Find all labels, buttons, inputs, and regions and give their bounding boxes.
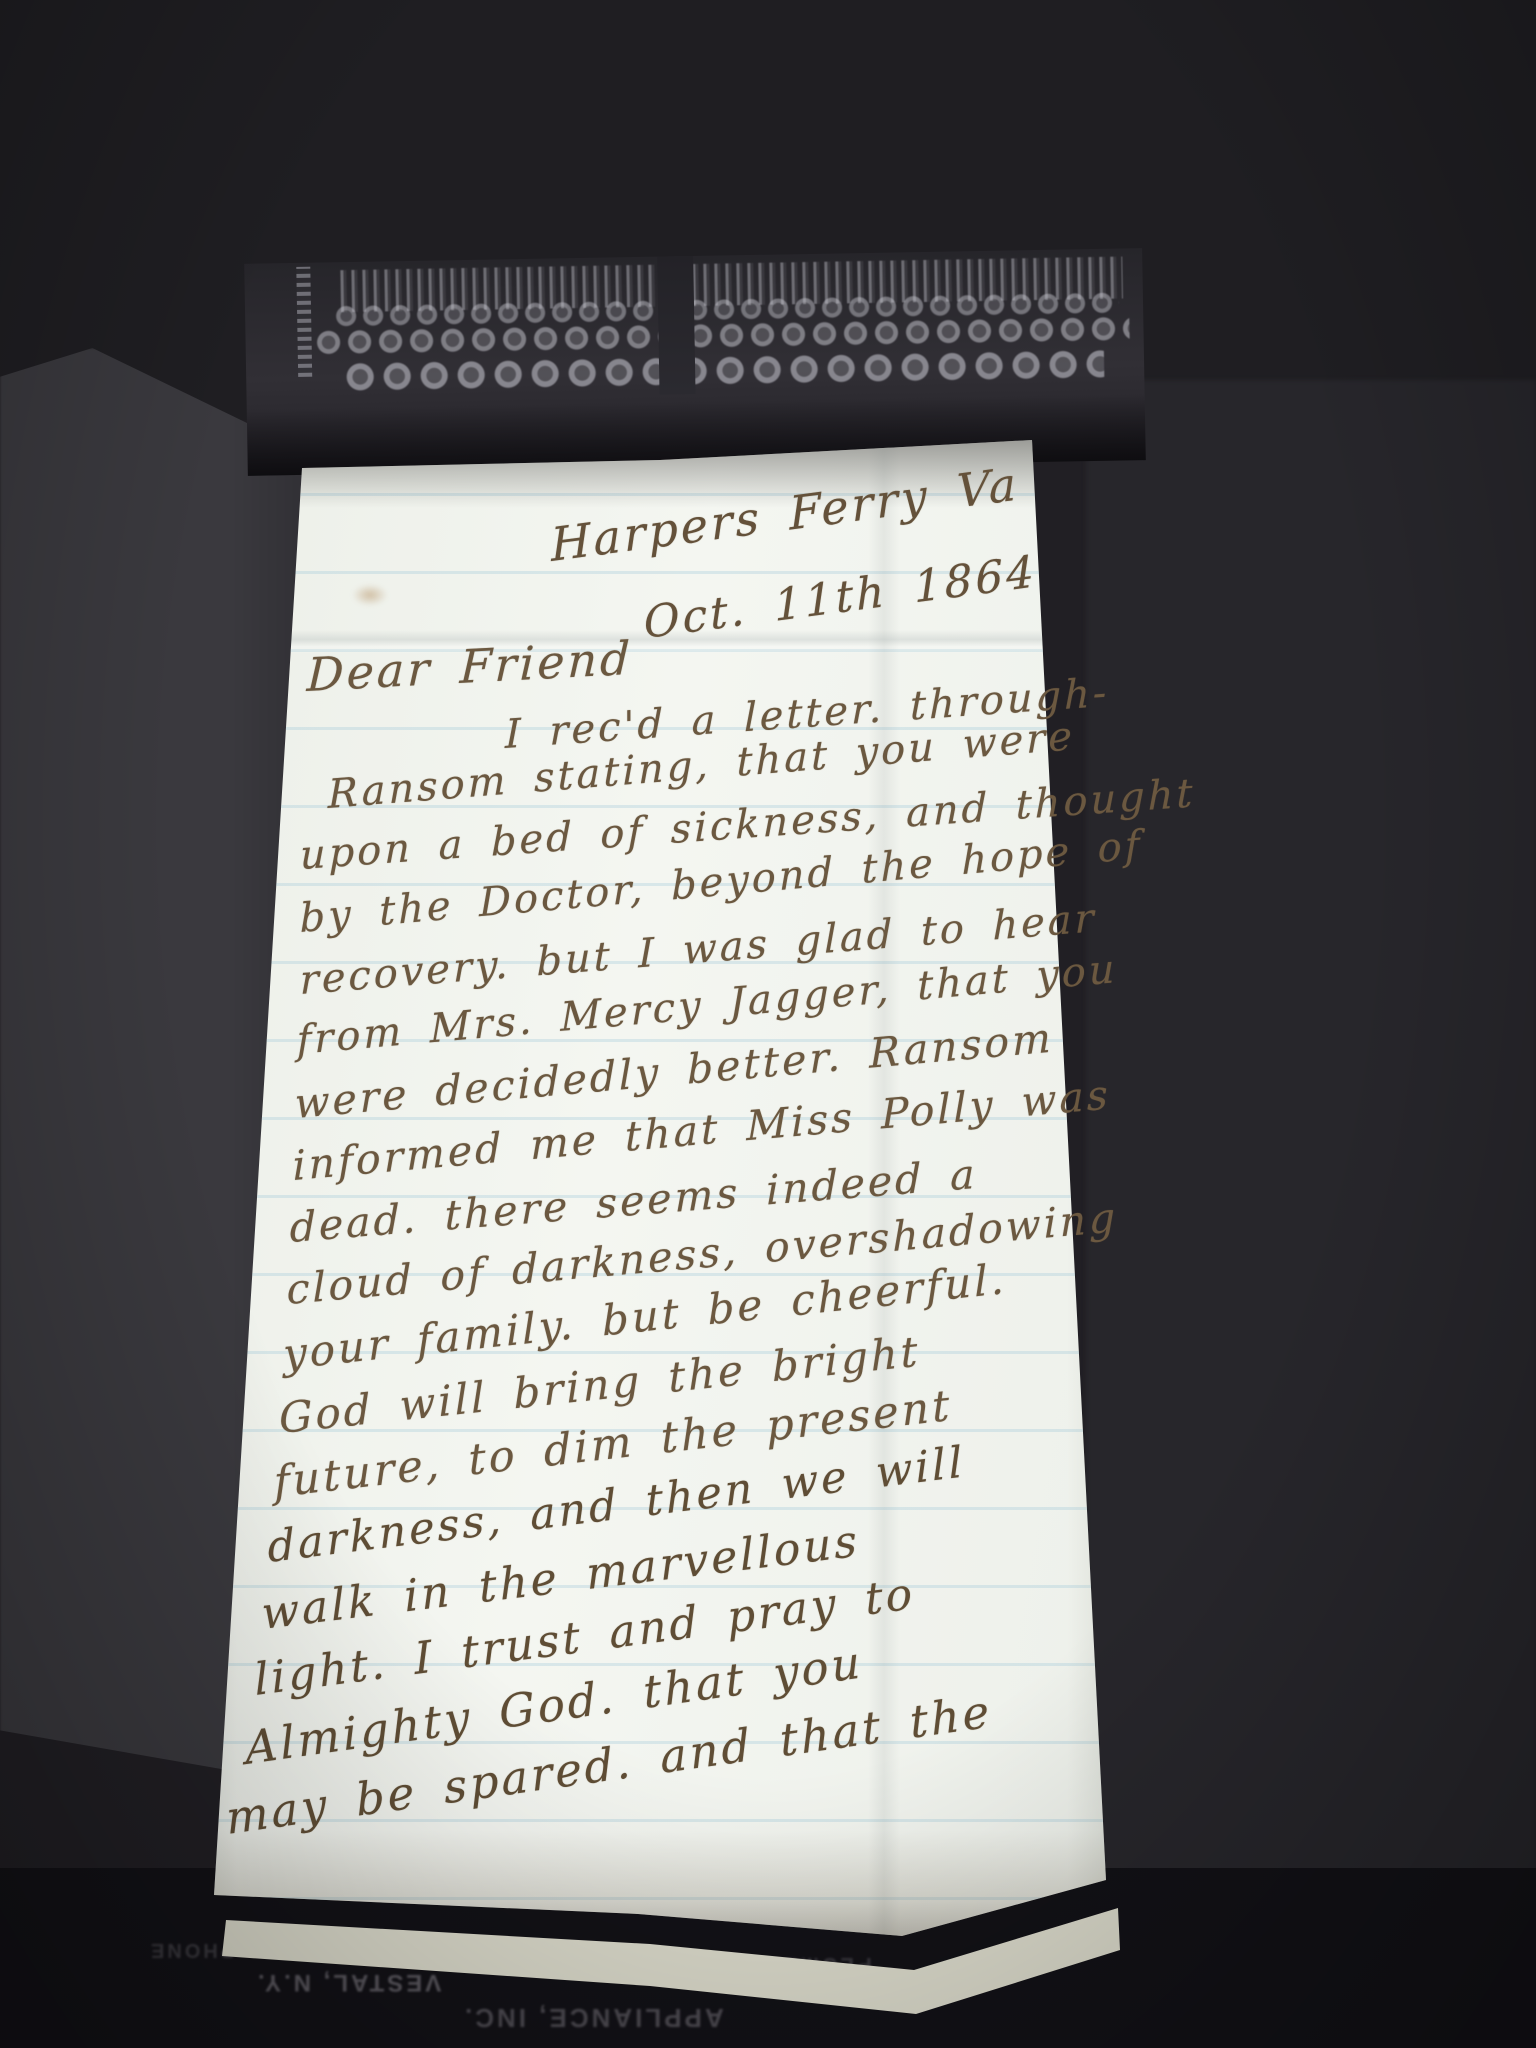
typewriter-key-bank-gap	[657, 256, 695, 395]
paper-stain	[352, 584, 388, 606]
background-right-surface	[1086, 380, 1536, 1900]
typewriter-lever	[296, 267, 312, 377]
paper-vertical-crease	[868, 418, 900, 1978]
paper-horizontal-crease	[180, 630, 1124, 654]
photograph-of-letter: Harpers Ferry Va Oct. 11th 1864 Dear Fri…	[0, 0, 1536, 2048]
stamp-vestal-text: VESTAL, N.Y.	[255, 1968, 441, 1996]
letter-paper	[180, 418, 1124, 1978]
stamp-phone-text: PHONE	[148, 1938, 234, 1961]
stamp-appliance-text: APPLIANCE, INC.	[462, 2002, 724, 2033]
